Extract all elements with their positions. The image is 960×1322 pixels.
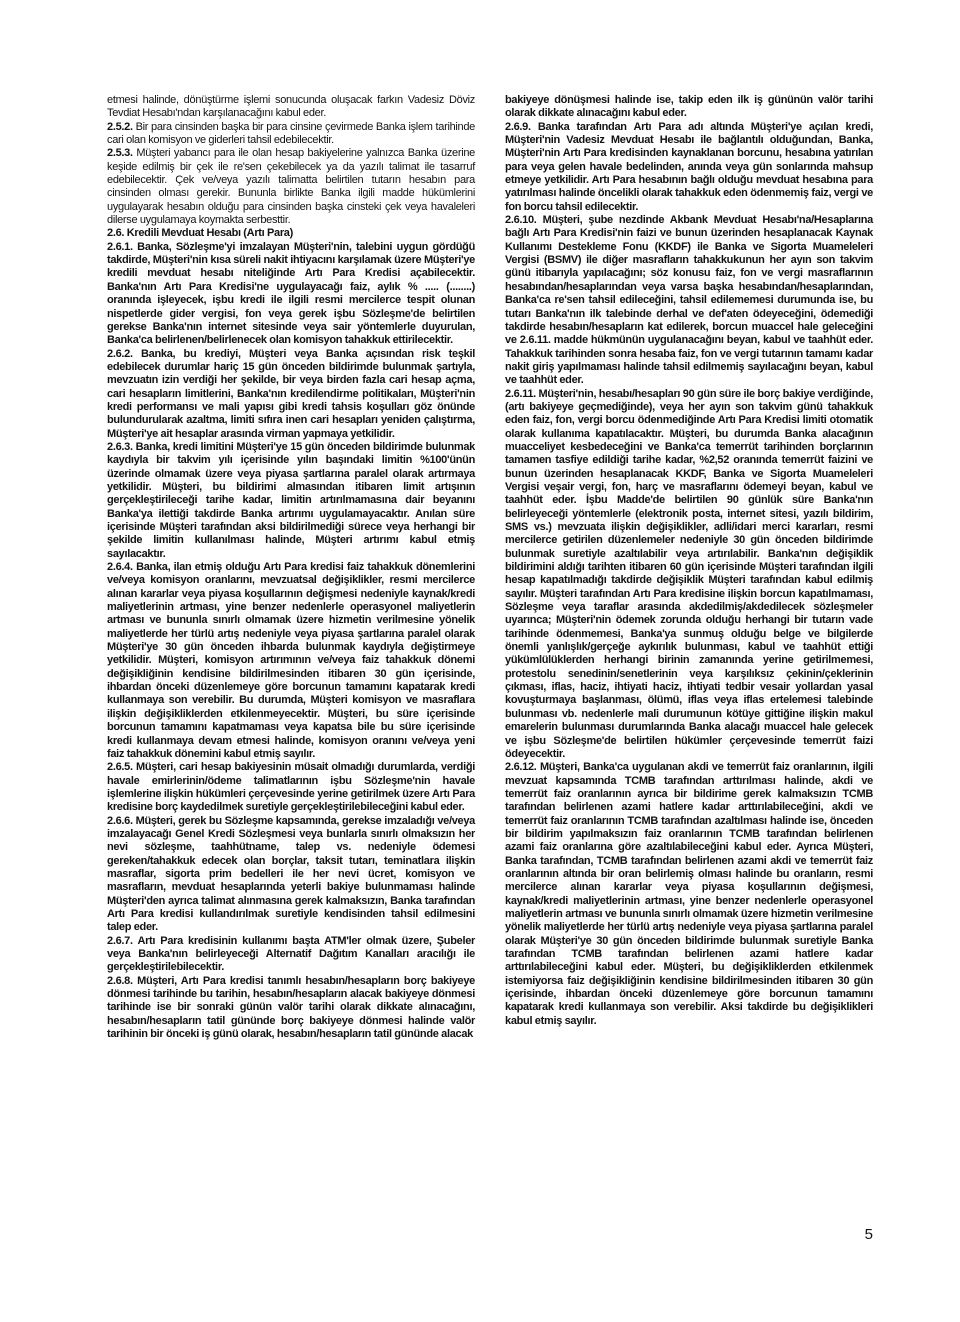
clause-2-6-12: 2.6.12. Müşteri, Banka'ca uygulanan akdi… (505, 761, 873, 1028)
clause-number: 2.6.3. (107, 441, 136, 453)
clause-number: 2.5.3. (107, 147, 136, 159)
clause-2-6-5: 2.6.5. Müşteri, cari hesap bakiyesinin m… (107, 761, 475, 814)
clause-number: 2.6.4. (107, 561, 136, 573)
clause-2-6-6: 2.6.6. Müşteri, gerek bu Sözleşme kapsam… (107, 815, 475, 935)
clause-2-5-2: 2.5.2. Bir para cinsinden başka bir para… (107, 121, 475, 148)
clause-2-6: 2.6. Kredili Mevduat Hesabı (Artı Para) (107, 227, 475, 240)
clause-number: 2.6.11. (505, 388, 539, 400)
left-column: etmesi halinde, dönüştürme işlemi sonucu… (107, 94, 475, 1041)
document-page: etmesi halinde, dönüştürme işlemi sonucu… (0, 0, 960, 1322)
clause-2-6-10: 2.6.10. Müşteri, şube nezdinde Akbank Me… (505, 214, 873, 387)
clause-number: 2.6.10. (505, 214, 543, 226)
clause-2-6-2: 2.6.2. Banka, bu krediyi, Müşteri veya B… (107, 348, 475, 441)
contract-body: etmesi halinde, dönüştürme işlemi sonucu… (107, 94, 873, 1041)
clause-number: 2.6.2. (107, 348, 141, 360)
clause-2-6-7: 2.6.7. Artı Para kredisinin kullanımı ba… (107, 935, 475, 975)
clause-number: 2.6.8. (107, 975, 137, 987)
right-column: bakiyeye dönüşmesi halinde ise, takip ed… (505, 94, 873, 1041)
clause-number: 2.6.6. (107, 815, 136, 827)
clause-number: 2.6.1. (107, 241, 137, 253)
left-continuation-paragraph: etmesi halinde, dönüştürme işlemi sonucu… (107, 94, 475, 121)
clause-2-6-11: 2.6.11. Müşteri'nin, hesabı/hesapları 90… (505, 388, 873, 762)
clause-number: 2.6.7. (107, 935, 137, 947)
clause-number: 2.6. (107, 227, 127, 239)
clause-2-6-8: 2.6.8. Müşteri, Artı Para kredisi tanıml… (107, 975, 475, 1042)
right-continuation-paragraph: bakiyeye dönüşmesi halinde ise, takip ed… (505, 94, 873, 121)
clause-2-6-3: 2.6.3. Banka, kredi limitini Müşteri'ye … (107, 441, 475, 561)
page-number: 5 (107, 1226, 873, 1243)
clause-2-6-1: 2.6.1. Banka, Sözleşme'yi imzalayan Müşt… (107, 241, 475, 348)
clause-2-6-4: 2.6.4. Banka, ilan etmiş olduğu Artı Par… (107, 561, 475, 761)
clause-number: 2.6.12. (505, 761, 540, 773)
clause-number: 2.6.9. (505, 121, 538, 133)
clause-number: 2.6.5. (107, 761, 136, 773)
clause-number: 2.5.2. (107, 121, 136, 133)
clause-2-6-9: 2.6.9. Banka tarafından Artı Para adı al… (505, 121, 873, 214)
clause-2-5-3: 2.5.3. Müşteri yabancı para ile olan hes… (107, 147, 475, 227)
